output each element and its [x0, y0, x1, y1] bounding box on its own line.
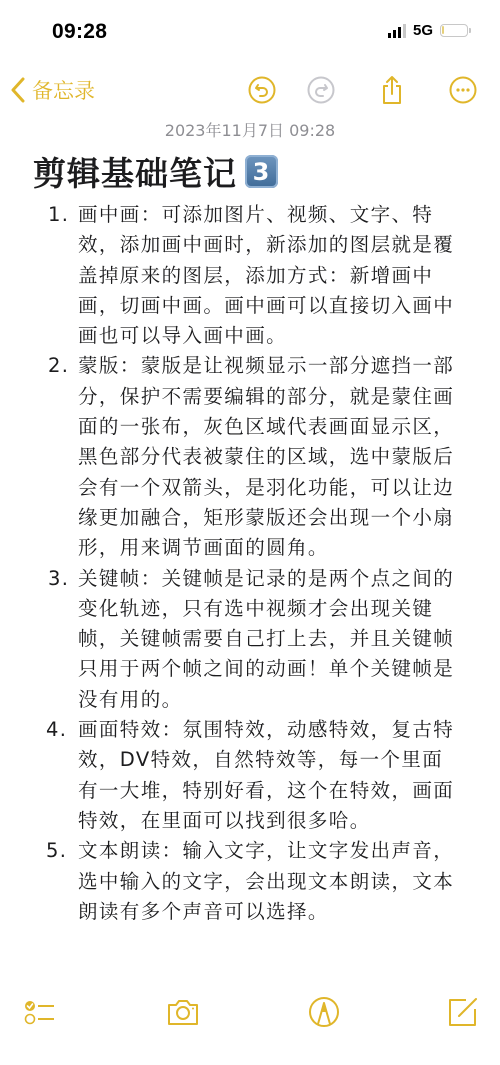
more-icon[interactable]	[448, 75, 478, 105]
list-item: 5. 文本朗读：输入文字，让文字发出声音，选中输入的文字，会出现文本朗读，文本朗…	[0, 836, 500, 927]
status-indicators: 5G	[388, 22, 468, 39]
chevron-left-icon	[10, 77, 26, 103]
checklist-icon[interactable]	[22, 995, 56, 1029]
list-text: 画面特效：氛围特效，动感特效，复古特效，DV特效，自然特效等，每一个里面有一大堆…	[78, 718, 454, 832]
battery-icon	[440, 24, 468, 37]
list-item: 3.关键帧：关键帧是记录的是两个点之间的变化轨迹，只有选中视频才会出现关键帧，关…	[0, 564, 500, 715]
back-label: 备忘录	[32, 75, 95, 105]
redo-icon[interactable]	[306, 75, 336, 105]
note-date: 2023年11月7日 09:28	[0, 118, 500, 141]
list-item: 2.蒙版：蒙版是让视频显示一部分遮挡一部分，保护不需要编辑的部分，就是蒙住画面的…	[0, 351, 500, 563]
note-title[interactable]: 剪辑基础笔记 3	[33, 148, 278, 195]
list-item: 1.画中画：可添加图片、视频、文字、特效，添加画中画时，新添加的图层就是覆盖掉原…	[0, 200, 500, 351]
list-item: 4. 画面特效：氛围特效，动感特效，复古特效，DV特效，自然特效等，每一个里面有…	[0, 715, 500, 836]
compose-icon[interactable]	[446, 995, 480, 1029]
back-button[interactable]: 备忘录	[10, 70, 95, 110]
list-text: 蒙版：蒙版是让视频显示一部分遮挡一部分，保护不需要编辑的部分，就是蒙住画面的一张…	[78, 354, 454, 559]
note-body[interactable]: 1.画中画：可添加图片、视频、文字、特效，添加画中画时，新添加的图层就是覆盖掉原…	[0, 200, 500, 927]
bottom-toolbar	[0, 975, 500, 1065]
list-number: 1.	[48, 200, 69, 230]
list-text: 文本朗读：输入文字，让文字发出声音，选中输入的文字，会出现文本朗读，文本朗读有多…	[78, 839, 454, 923]
camera-icon[interactable]	[166, 995, 200, 1029]
undo-icon[interactable]	[247, 75, 277, 105]
signal-icon	[388, 24, 406, 38]
list-text: 关键帧：关键帧是记录的是两个点之间的变化轨迹，只有选中视频才会出现关键帧，关键帧…	[78, 567, 454, 711]
share-icon[interactable]	[377, 75, 407, 105]
list-number: 3.	[48, 564, 69, 594]
nav-bar: 备忘录	[0, 70, 500, 110]
list-number: 2.	[48, 351, 69, 381]
list-text: 画中画：可添加图片、视频、文字、特效，添加画中画时，新添加的图层就是覆盖掉原来的…	[78, 203, 454, 347]
note-title-text: 剪辑基础笔记	[33, 148, 237, 195]
keycap-three-emoji: 3	[245, 155, 278, 188]
status-time: 09:28	[52, 20, 107, 44]
status-bar: 09:28 5G	[0, 0, 500, 60]
list-number: 4.	[46, 715, 67, 745]
network-type: 5G	[413, 22, 433, 39]
list-number: 5.	[46, 836, 67, 866]
markup-icon[interactable]	[307, 995, 341, 1029]
